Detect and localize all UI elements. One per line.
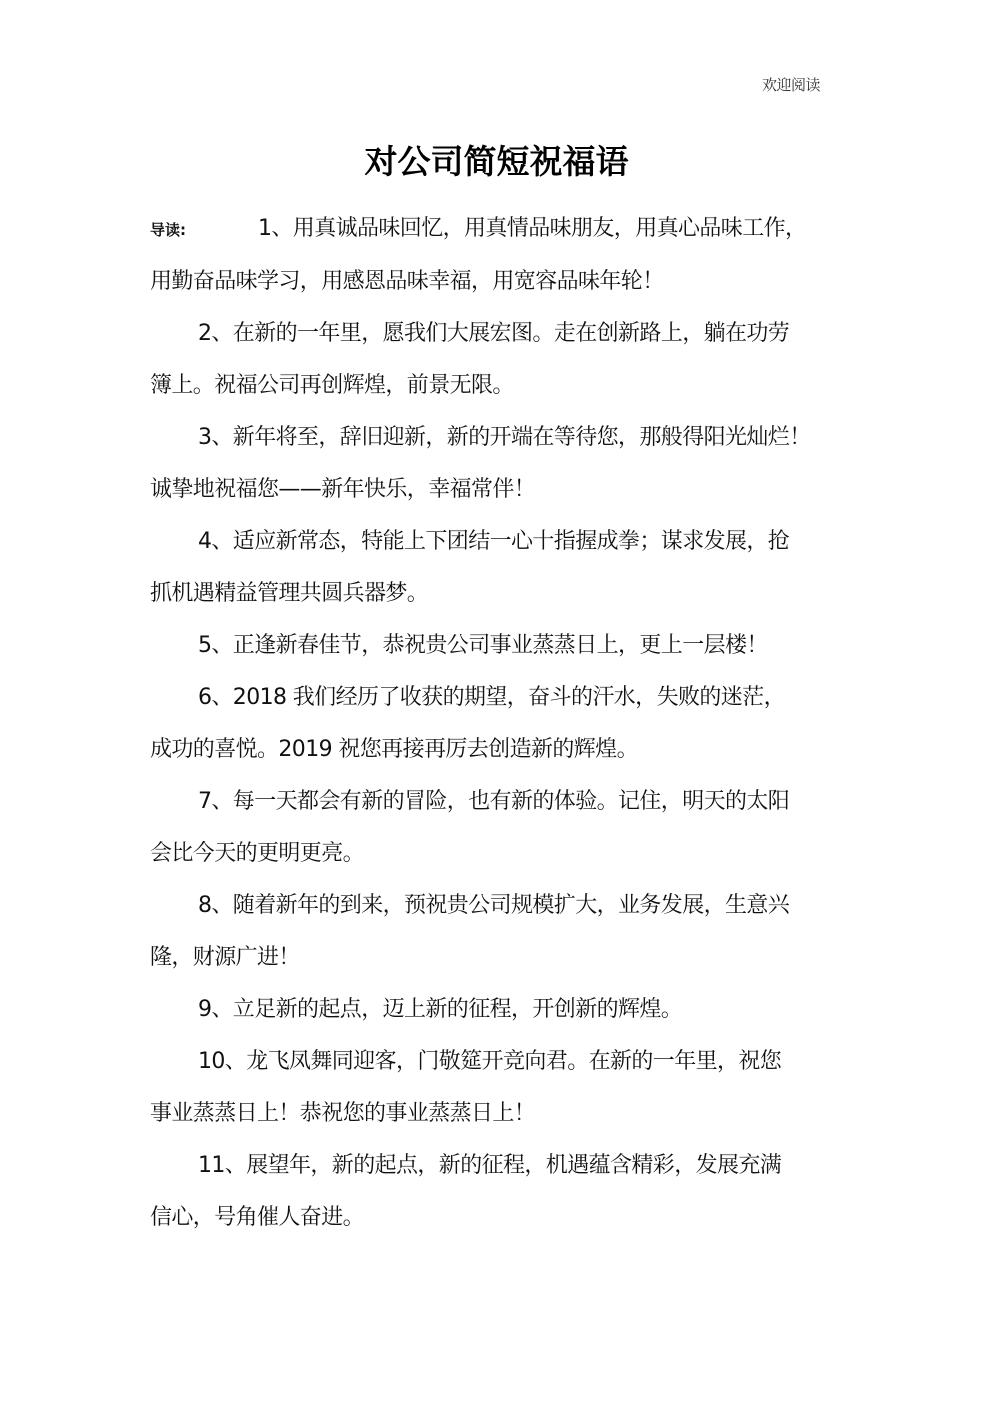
paragraph-line: 10、龙飞凤舞同迎客，门敬筵开竞向君。在新的一年里，祝您	[150, 1036, 850, 1088]
paragraph-4: 4、适应新常态，特能上下团结一心十指握成拳；谋求发展，抢 抓机遇精益管理共圆兵器…	[150, 516, 850, 620]
paragraph-line: 9、立足新的起点，迈上新的征程，开创新的辉煌。	[150, 984, 850, 1036]
paragraph-line: 簿上。祝福公司再创辉煌，前景无限。	[150, 360, 850, 412]
paragraph-line: 隆，财源广进！	[150, 932, 850, 984]
paragraph-line: 诚挚地祝福您——新年快乐，幸福常伴！	[150, 464, 850, 516]
paragraph-line: 抓机遇精益管理共圆兵器梦。	[150, 568, 850, 620]
paragraph-7: 7、每一天都会有新的冒险，也有新的体验。记住，明天的太阳 会比今天的更明更亮。	[150, 776, 850, 880]
paragraph-8: 8、随着新年的到来，预祝贵公司规模扩大，业务发展，生意兴 隆，财源广进！	[150, 880, 850, 984]
paragraph-line: 成功的喜悦。2019 祝您再接再厉去创造新的辉煌。	[150, 724, 850, 776]
paragraph-10: 10、龙飞凤舞同迎客，门敬筵开竞向君。在新的一年里，祝您 事业蒸蒸日上！恭祝您的…	[150, 1036, 850, 1140]
paragraph-line: 会比今天的更明更亮。	[150, 828, 850, 880]
paragraph-line: 5、正逢新春佳节，恭祝贵公司事业蒸蒸日上，更上一层楼！	[150, 620, 850, 672]
paragraph-line: 6、2018 我们经历了收获的期望，奋斗的汗水，失败的迷茫，	[150, 672, 850, 724]
paragraph-line: 3、新年将至，辞旧迎新，新的开端在等待您，那般得阳光灿烂！	[150, 412, 850, 464]
header-welcome-note: 欢迎阅读	[762, 74, 820, 95]
paragraph-6: 6、2018 我们经历了收获的期望，奋斗的汗水，失败的迷茫， 成功的喜悦。201…	[150, 672, 850, 776]
paragraph-line: 8、随着新年的到来，预祝贵公司规模扩大，业务发展，生意兴	[150, 880, 850, 932]
paragraph-2: 2、在新的一年里，愿我们大展宏图。走在创新路上，躺在功劳 簿上。祝福公司再创辉煌…	[150, 308, 850, 412]
paragraph-line-text: 1、用真诚品味回忆，用真情品味朋友，用真心品味工作，	[258, 216, 806, 241]
paragraph-line: 导读:1、用真诚品味回忆，用真情品味朋友，用真心品味工作，	[150, 203, 850, 256]
paragraph-line: 7、每一天都会有新的冒险，也有新的体验。记住，明天的太阳	[150, 776, 850, 828]
paragraph-5: 5、正逢新春佳节，恭祝贵公司事业蒸蒸日上，更上一层楼！	[150, 620, 850, 672]
paragraph-9: 9、立足新的起点，迈上新的征程，开创新的辉煌。	[150, 984, 850, 1036]
paragraph-line: 用勤奋品味学习，用感恩品味幸福，用宽容品味年轮！	[150, 256, 850, 308]
paragraph-line: 2、在新的一年里，愿我们大展宏图。走在创新路上，躺在功劳	[150, 308, 850, 360]
paragraph-line: 信心，号角催人奋进。	[150, 1192, 850, 1244]
document-title: 对公司简短祝福语	[0, 136, 993, 183]
paragraph-11: 11、展望年，新的起点，新的征程，机遇蕴含精彩，发展充满 信心，号角催人奋进。	[150, 1140, 850, 1244]
document-body: 导读:1、用真诚品味回忆，用真情品味朋友，用真心品味工作， 用勤奋品味学习，用感…	[150, 203, 850, 1244]
paragraph-line: 事业蒸蒸日上！恭祝您的事业蒸蒸日上！	[150, 1088, 850, 1140]
paragraph-1: 导读:1、用真诚品味回忆，用真情品味朋友，用真心品味工作， 用勤奋品味学习，用感…	[150, 203, 850, 308]
paragraph-3: 3、新年将至，辞旧迎新，新的开端在等待您，那般得阳光灿烂！ 诚挚地祝福您——新年…	[150, 412, 850, 516]
paragraph-line: 4、适应新常态，特能上下团结一心十指握成拳；谋求发展，抢	[150, 516, 850, 568]
lead-label: 导读:	[150, 204, 258, 256]
paragraph-line: 11、展望年，新的起点，新的征程，机遇蕴含精彩，发展充满	[150, 1140, 850, 1192]
